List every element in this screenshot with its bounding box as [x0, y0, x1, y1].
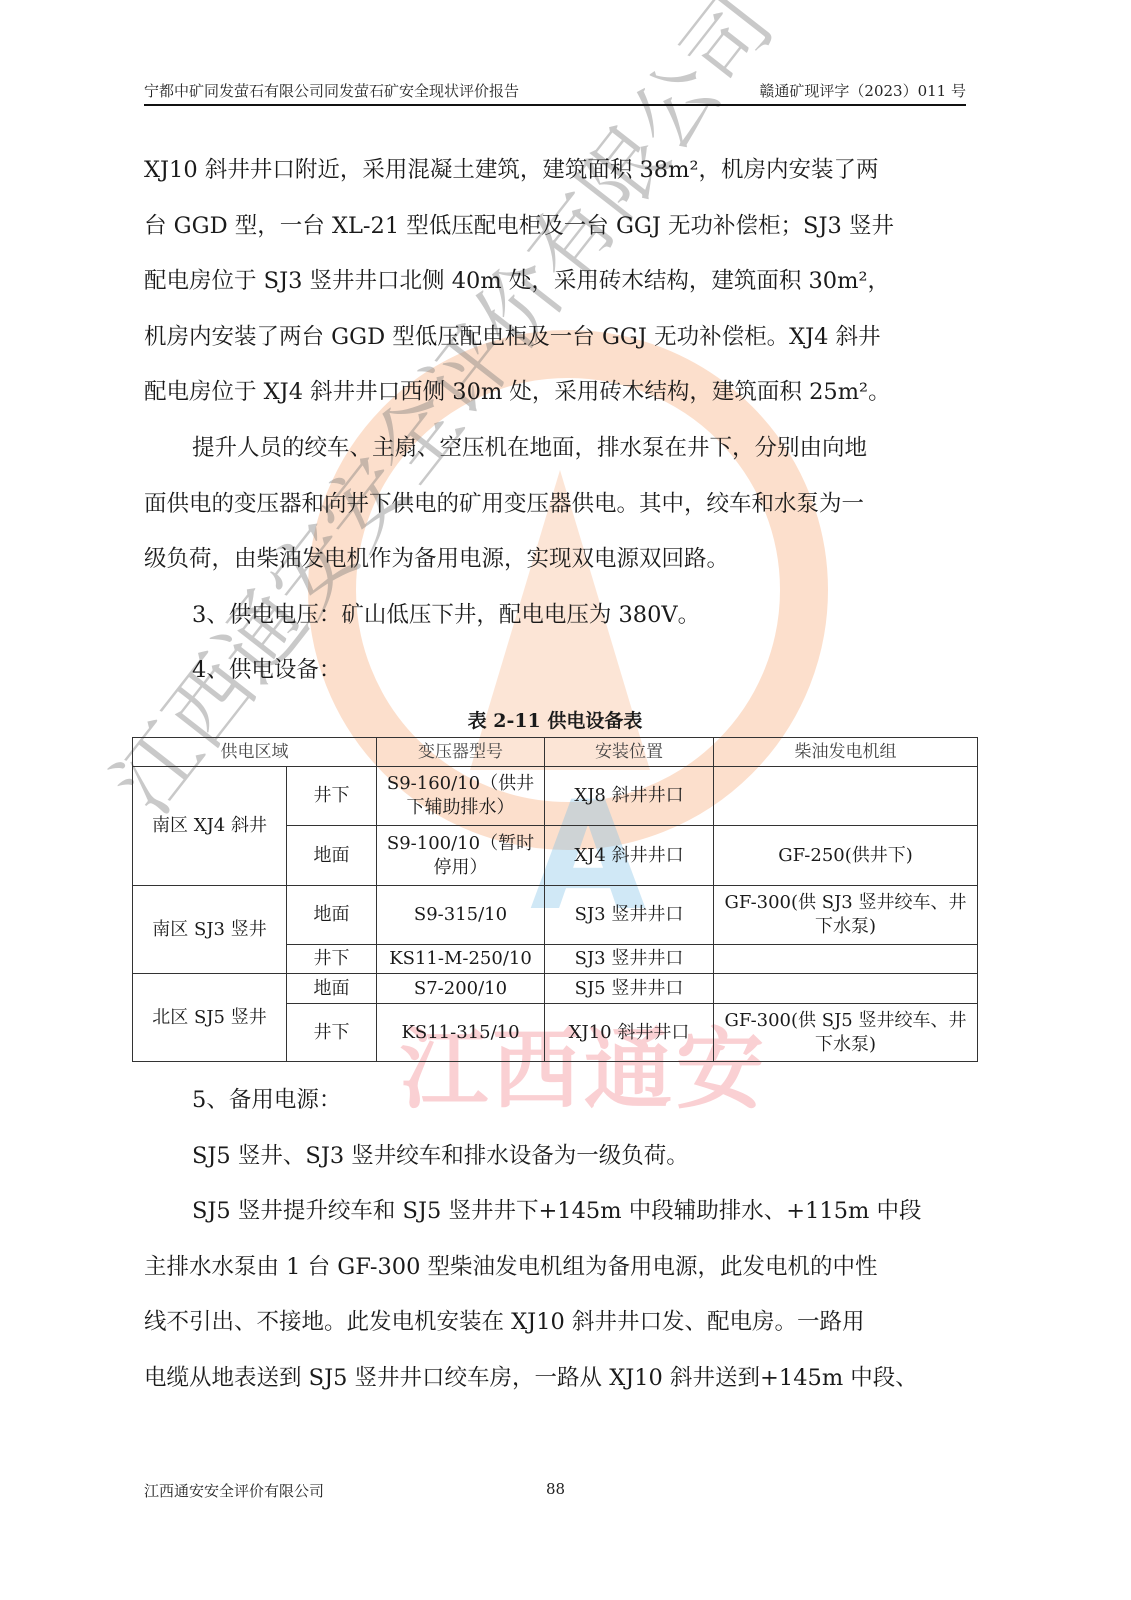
sub-area-cell: 地面 [287, 886, 377, 945]
area-cell: 南区 SJ3 竖井 [133, 886, 287, 974]
table-row: 南区 XJ4 斜井 井下 S9-160/10（供井下辅助排水） XJ8 斜井井口 [133, 767, 978, 826]
location-cell: XJ10 斜井井口 [545, 1004, 714, 1062]
generator-cell [714, 974, 978, 1004]
table-caption: 表 2-11 供电设备表 [144, 706, 966, 733]
paragraph-power-rooms: XJ10 斜井井口附近，采用混凝土建筑，建筑面积 38m²，机房内安装了两 台 … [144, 143, 966, 421]
column-header: 柴油发电机组 [714, 738, 978, 767]
power-equipment-table: 供电区域 变压器型号 安装位置 柴油发电机组 南区 XJ4 斜井 井下 S9-1… [132, 737, 978, 1062]
text-line: 配电房位于 SJ3 竖井井口北侧 40m 处，采用砖木结构，建筑面积 30m²， [144, 254, 966, 310]
item-supply-voltage: 3、供电电压：矿山低压下井，配电电压为 380V。 [144, 588, 966, 644]
area-cell: 南区 XJ4 斜井 [133, 767, 287, 886]
sub-area-cell: 井下 [287, 767, 377, 826]
sub-area-cell: 井下 [287, 945, 377, 974]
footer-company: 江西通安安全评价有限公司 [144, 1480, 324, 1501]
text-line: 机房内安装了两台 GGD 型低压配电柜及一台 GGJ 无功补偿柜。XJ4 斜井 [144, 310, 966, 366]
text-line: 电缆从地表送到 SJ5 竖井井口绞车房，一路从 XJ10 斜井送到+145m 中… [144, 1351, 966, 1407]
table-row: 南区 SJ3 竖井 地面 S9-315/10 SJ3 竖井井口 GF-300(供… [133, 886, 978, 945]
text-line: 台 GGD 型，一台 XL-21 型低压配电柜及一台 GGJ 无功补偿柜；SJ3… [144, 199, 966, 255]
paragraph-power-supply: 提升人员的绞车、主扇、空压机在地面，排水泵在井下，分别由向地 面供电的变压器和向… [144, 421, 966, 699]
transformer-cell: S9-100/10（暂时停用） [377, 826, 545, 886]
column-header: 供电区域 [133, 738, 377, 767]
text-line: 配电房位于 XJ4 斜井井口西侧 30m 处，采用砖木结构，建筑面积 25m²。 [144, 365, 966, 421]
location-cell: XJ4 斜井井口 [545, 826, 714, 886]
transformer-cell: S9-315/10 [377, 886, 545, 945]
generator-cell [714, 767, 978, 826]
text-line: SJ5 竖井提升绞车和 SJ5 竖井井下+145m 中段辅助排水、+115m 中… [144, 1184, 966, 1240]
text-line: 面供电的变压器和向井下供电的矿用变压器供电。其中，绞车和水泵为一 [144, 477, 966, 533]
location-cell: SJ3 竖井井口 [545, 886, 714, 945]
generator-cell: GF-300(供 SJ3 竖井绞车、井下水泵) [714, 886, 978, 945]
sub-area-cell: 地面 [287, 974, 377, 1004]
generator-cell [714, 945, 978, 974]
transformer-cell: S7-200/10 [377, 974, 545, 1004]
location-cell: XJ8 斜井井口 [545, 767, 714, 826]
location-cell: SJ3 竖井井口 [545, 945, 714, 974]
area-cell: 北区 SJ5 竖井 [133, 974, 287, 1062]
text-line: 级负荷，由柴油发电机作为备用电源，实现双电源双回路。 [144, 532, 966, 588]
text-line: 主排水水泵由 1 台 GF-300 型柴油发电机组为备用电源，此发电机的中性 [144, 1240, 966, 1296]
page-number: 88 [546, 1480, 565, 1498]
header-divider [144, 104, 966, 106]
generator-cell: GF-300(供 SJ5 竖井绞车、井下水泵) [714, 1004, 978, 1062]
text-line: SJ5 竖井、SJ3 竖井绞车和排水设备为一级负荷。 [144, 1129, 966, 1185]
item-backup-power: 5、备用电源： [144, 1073, 966, 1129]
transformer-cell: S9-160/10（供井下辅助排水） [377, 767, 545, 826]
table-header-row: 供电区域 变压器型号 安装位置 柴油发电机组 [133, 738, 978, 767]
generator-cell: GF-250(供井下) [714, 826, 978, 886]
text-line: 线不引出、不接地。此发电机安装在 XJ10 斜井井口发、配电房。一路用 [144, 1295, 966, 1351]
location-cell: SJ5 竖井井口 [545, 974, 714, 1004]
transformer-cell: KS11-M-250/10 [377, 945, 545, 974]
sub-area-cell: 井下 [287, 1004, 377, 1062]
item-supply-equipment: 4、供电设备： [144, 643, 966, 699]
report-title: 宁都中矿同发萤石有限公司同发萤石矿安全现状评价报告 [144, 80, 519, 101]
document-number: 赣通矿现评字（2023）011 号 [759, 80, 966, 101]
page-header: 宁都中矿同发萤石有限公司同发萤石矿安全现状评价报告 赣通矿现评字（2023）01… [144, 78, 966, 104]
table-row: 北区 SJ5 竖井 地面 S7-200/10 SJ5 竖井井口 [133, 974, 978, 1004]
transformer-cell: KS11-315/10 [377, 1004, 545, 1062]
paragraph-backup-power: 5、备用电源： SJ5 竖井、SJ3 竖井绞车和排水设备为一级负荷。 SJ5 竖… [144, 1073, 966, 1406]
sub-area-cell: 地面 [287, 826, 377, 886]
column-header: 变压器型号 [377, 738, 545, 767]
column-header: 安装位置 [545, 738, 714, 767]
text-line: 提升人员的绞车、主扇、空压机在地面，排水泵在井下，分别由向地 [144, 421, 966, 477]
text-line: XJ10 斜井井口附近，采用混凝土建筑，建筑面积 38m²，机房内安装了两 [144, 143, 966, 199]
